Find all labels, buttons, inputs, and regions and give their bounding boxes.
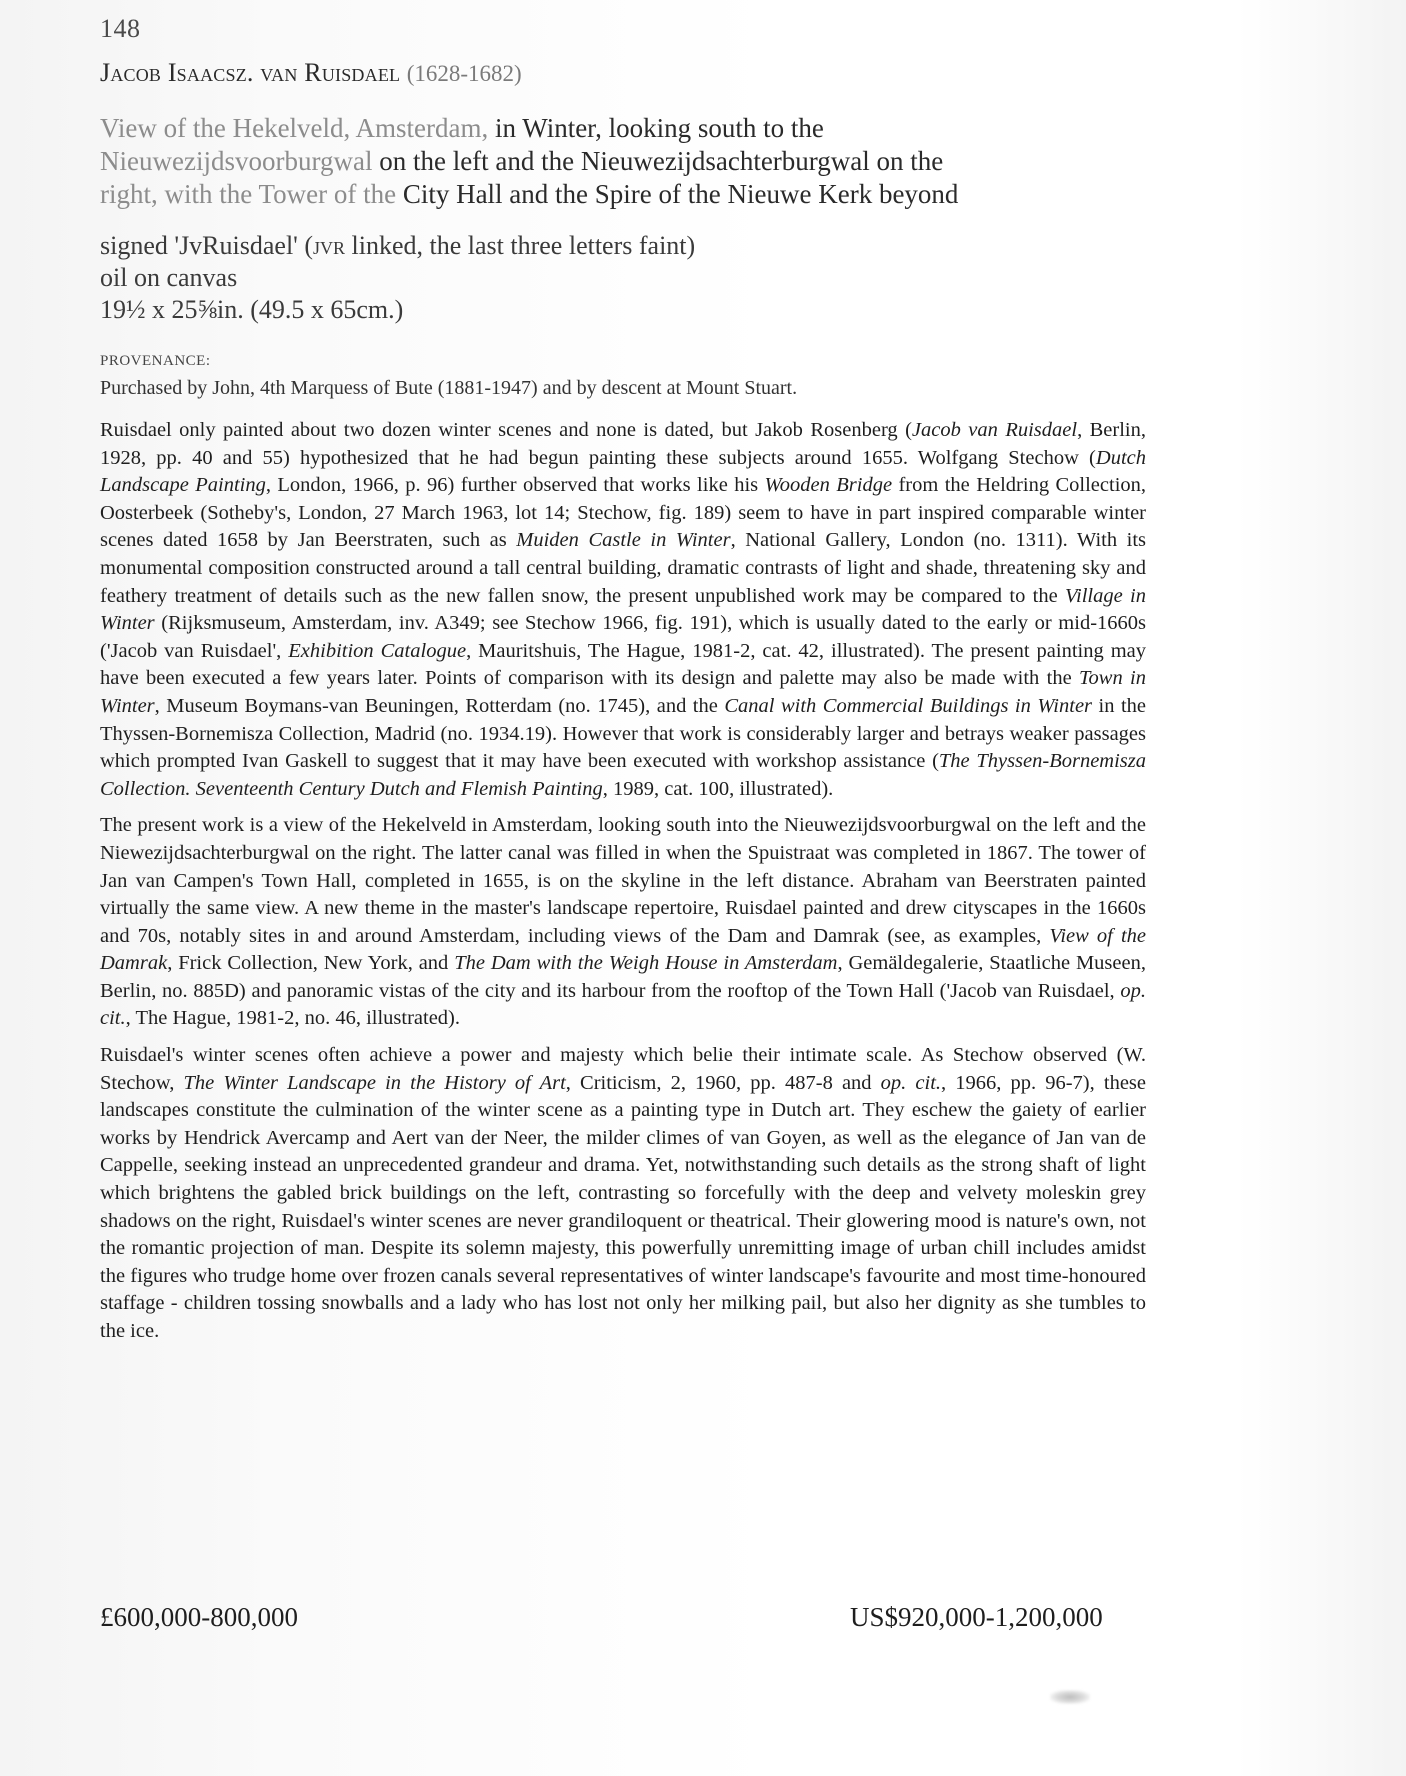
text-run: , The Hague, 1981-2, no. 46, illustrated… — [126, 1007, 460, 1029]
artist-heading: Jacob Isaacsz. van Ruisdael (1628-1682) — [100, 58, 522, 88]
provenance-label: PROVENANCE: — [100, 353, 211, 370]
italic-citation: Wooden Bridge — [765, 474, 893, 496]
artist-name: Jacob Isaacsz. van Ruisdael — [100, 58, 400, 87]
italic-citation: The Dam with the Weigh House in Amsterda… — [454, 952, 837, 974]
text-run: , Frick Collection, New York, and — [167, 952, 454, 974]
text-run: , 1989, cat. 100, illustrated). — [603, 778, 834, 800]
title-segment: View of the Hekelveld, Amsterdam, — [100, 113, 488, 143]
medium: oil on canvas — [100, 262, 695, 294]
provenance-text: Purchased by John, 4th Marquess of Bute … — [100, 377, 797, 400]
text-run: , Criticism, 2, 1960, pp. 487-8 and — [566, 1072, 881, 1094]
signature-monogram: jvr — [313, 231, 345, 260]
signature-line: signed 'JvRuisdael' (jvr linked, the las… — [100, 230, 695, 262]
title-segment: right, with the Tower of the — [100, 179, 396, 209]
catalogue-essay: Ruisdael only painted about two dozen wi… — [100, 417, 1146, 1355]
signature-suffix: linked, the last three letters faint) — [345, 231, 695, 260]
essay-paragraph: Ruisdael's winter scenes often achieve a… — [100, 1042, 1146, 1346]
essay-paragraph: Ruisdael only painted about two dozen wi… — [100, 417, 1146, 803]
artwork-title: View of the Hekelveld, Amsterdam, in Win… — [100, 112, 1140, 211]
text-run: The present work is a view of the Hekelv… — [100, 814, 1146, 946]
italic-citation: Jacob van Ruisdael — [912, 419, 1077, 441]
essay-paragraph: The present work is a view of the Hekelv… — [100, 812, 1146, 1033]
artwork-details: signed 'JvRuisdael' (jvr linked, the las… — [100, 230, 695, 326]
italic-citation: op. cit. — [881, 1072, 941, 1094]
italic-citation: Canal with Commercial Buildings in Winte… — [724, 695, 1092, 717]
dimensions: 19½ x 25⅝in. (49.5 x 65cm.) — [100, 294, 695, 326]
estimate-usd: US$920,000-1,200,000 — [850, 1602, 1103, 1633]
scan-smudge — [1050, 1690, 1090, 1704]
page-number: 148 — [100, 14, 141, 44]
signature-prefix: signed 'JvRuisdael' ( — [100, 231, 313, 260]
text-run: , 1966, pp. 96-7), these landscapes cons… — [100, 1072, 1146, 1342]
title-segment: City Hall and the Spire of the Nieuwe Ke… — [396, 179, 958, 209]
text-run: , London, 1966, p. 96) further observed … — [266, 474, 765, 496]
italic-citation: Muiden Castle in Winter — [516, 529, 730, 551]
italic-citation: Exhibition Catalogue — [288, 640, 466, 662]
title-segment: in Winter, looking south to the — [488, 113, 824, 143]
italic-citation: The Winter Landscape in the History of A… — [184, 1072, 566, 1094]
estimate-gbp: £600,000-800,000 — [100, 1602, 298, 1633]
text-run: , Museum Boymans-van Beuningen, Rotterda… — [155, 695, 725, 717]
title-segment: on the left and the Nieuwezijdsachterbur… — [372, 146, 943, 176]
artist-dates: (1628-1682) — [407, 61, 522, 86]
text-run: Ruisdael only painted about two dozen wi… — [100, 419, 912, 441]
title-segment: Nieuwezijdsvoorburgwal — [100, 146, 372, 176]
